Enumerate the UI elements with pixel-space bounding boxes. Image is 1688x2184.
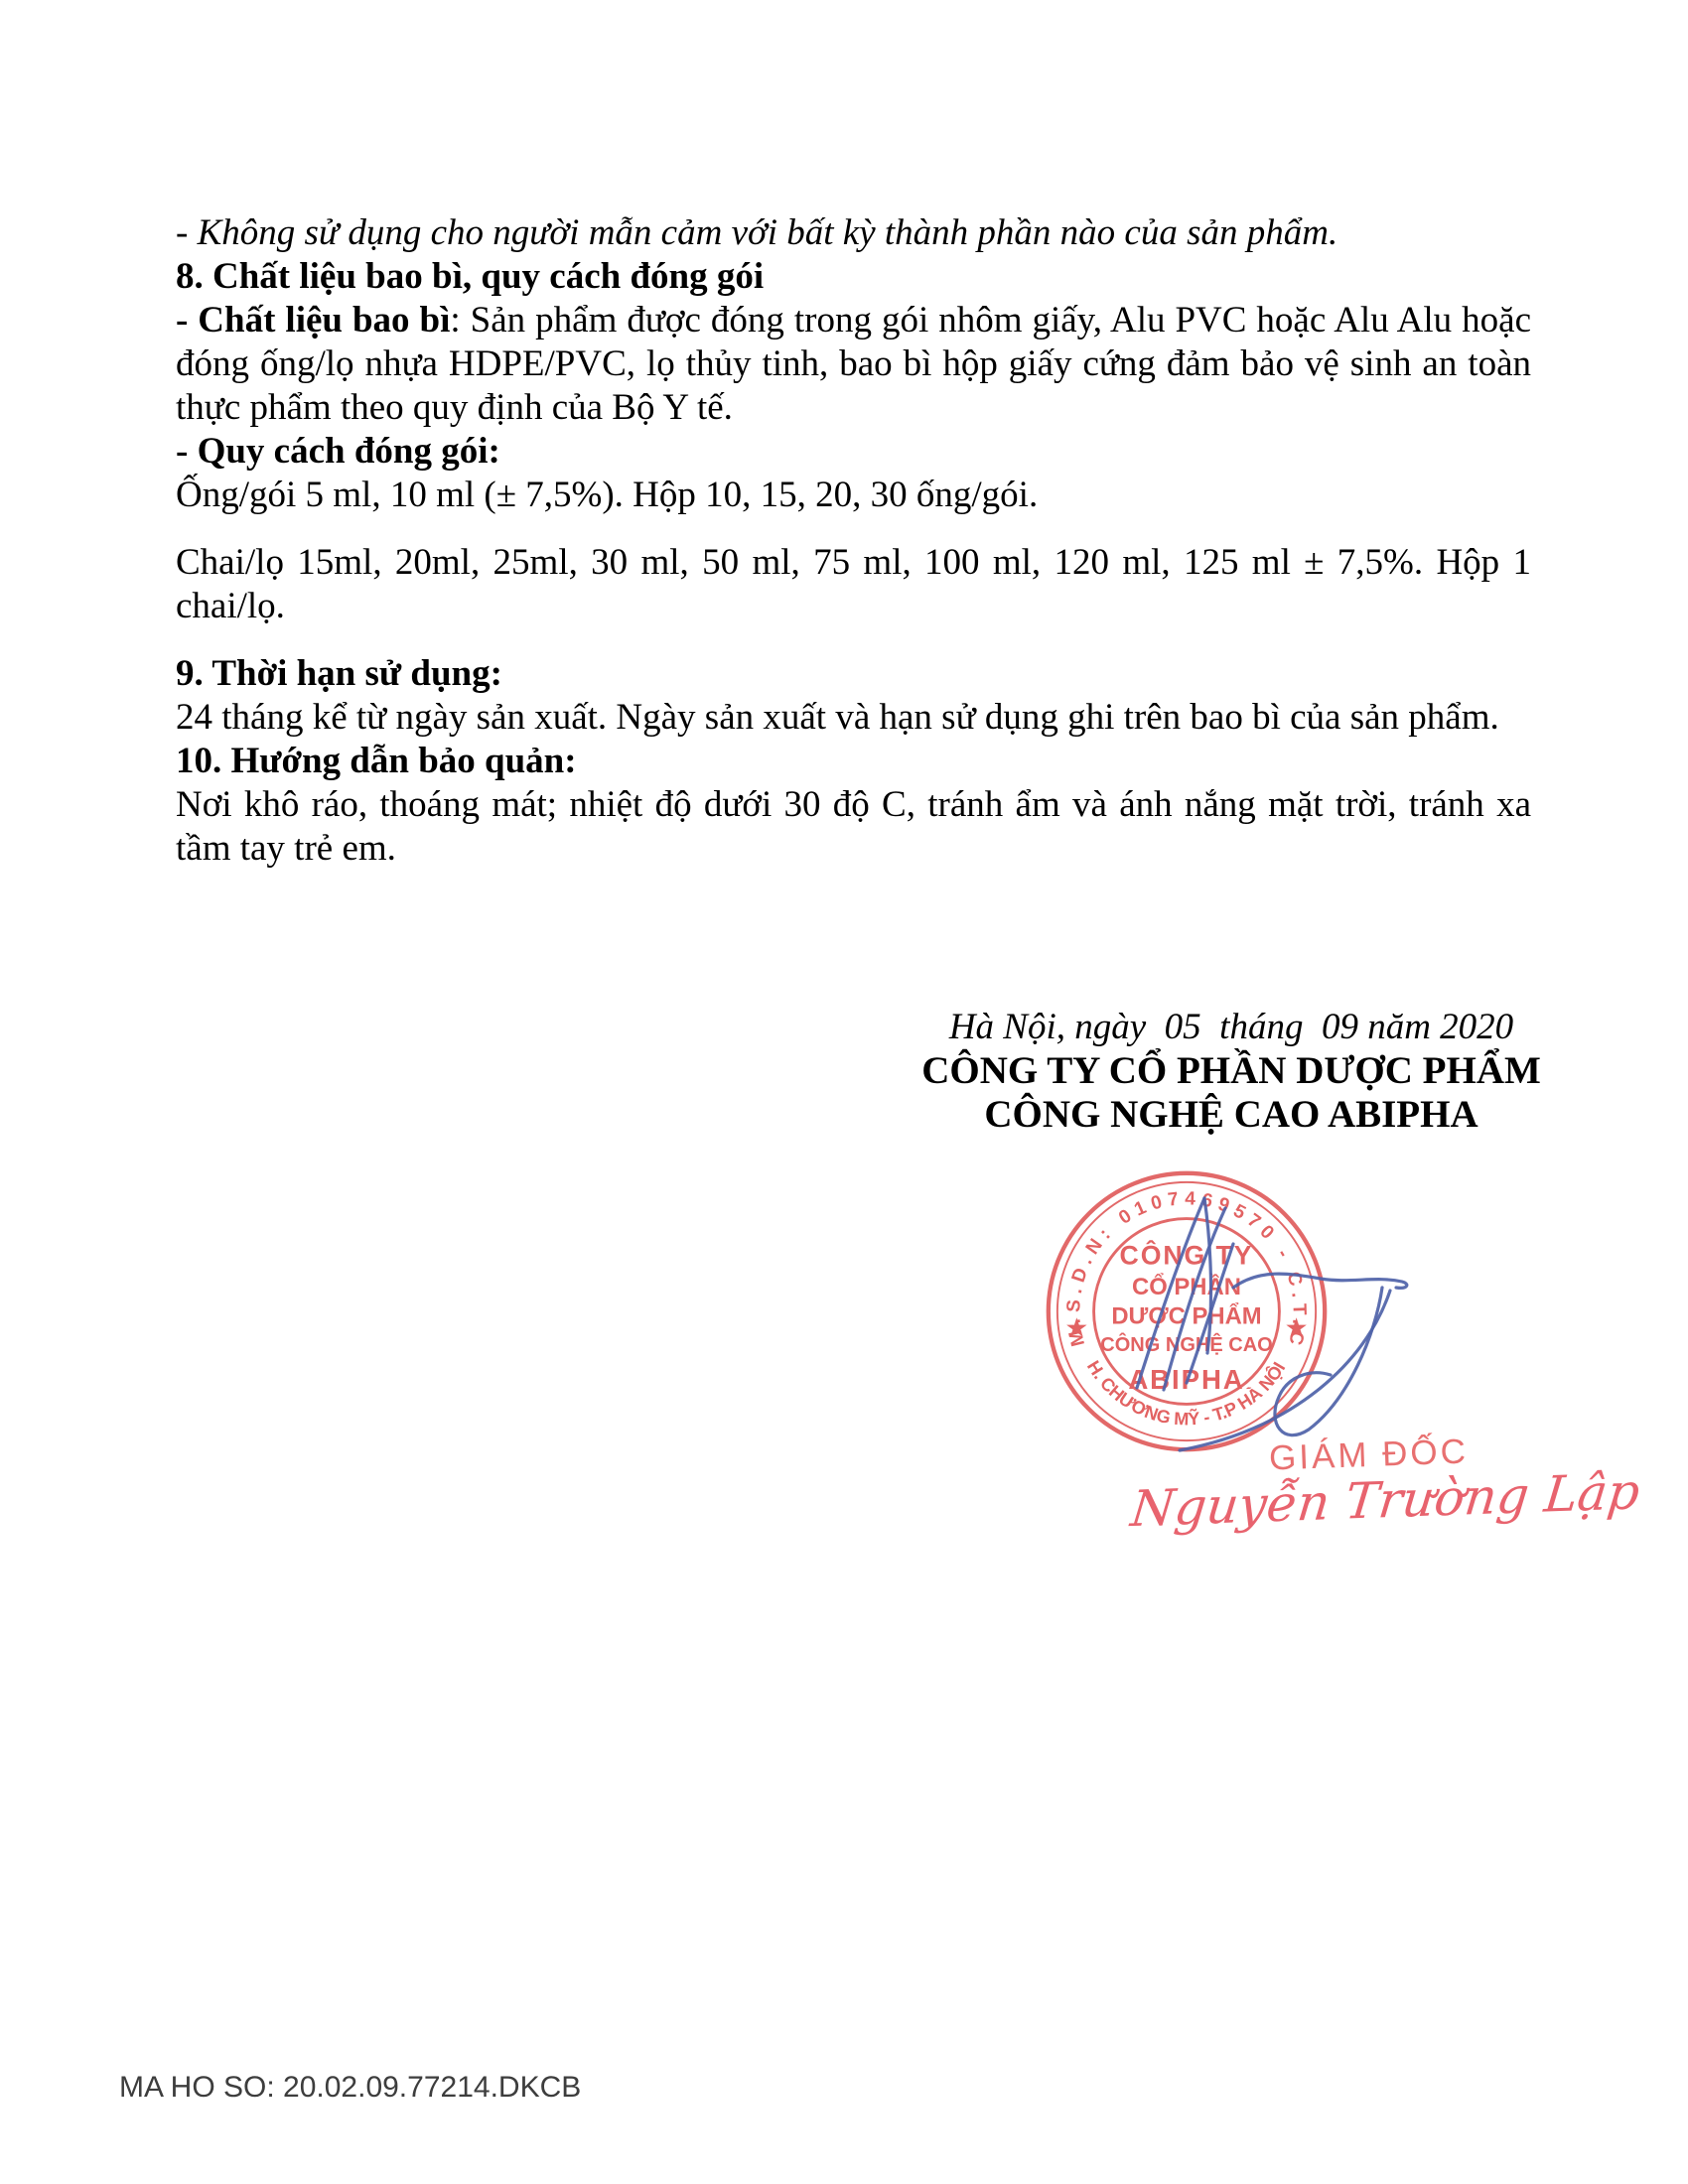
pack-spec-line-1: Ống/gói 5 ml, 10 ml (± 7,5%). Hộp 10, 15… [176,474,1531,517]
pack-spec-heading: - Quy cách đóng gói: [176,430,1531,474]
section-9-heading: 9. Thời hạn sử dụng: [176,652,1531,696]
company-name-line-2: CÔNG NGHỆ CAO ABIPHA [894,1093,1569,1137]
signer-name-signature: Nguyễn Trường Lập [1128,1466,1543,1538]
storage-paragraph: Nơi khô ráo, thoáng mát; nhiệt độ dưới 3… [176,783,1531,871]
packaging-material-paragraph: - Chất liệu bao bì: Sản phẩm được đóng t… [176,299,1531,430]
company-name-line-1: CÔNG TY CỔ PHẦN DƯỢC PHẨM [894,1049,1569,1093]
contraindication-note: - Không sử dụng cho người mẫn cảm với bấ… [176,211,1531,255]
signature-block: Hà Nội, ngày 05 tháng 09 năm 2020 CÔNG T… [894,1006,1569,1137]
packaging-material-label: - Chất liệu bao bì [176,300,450,341]
section-8-heading: 8. Chất liệu bao bì, quy cách đóng gói [176,255,1531,299]
seal-star-left-icon: ★ [1064,1313,1088,1343]
file-code-footer: MA HO SO: 20.02.09.77214.DKCB [119,2071,581,2105]
shelf-life-paragraph: 24 tháng kể từ ngày sản xuất. Ngày sản x… [176,696,1531,740]
blue-ink-signature [1122,1176,1430,1469]
date-line: Hà Nội, ngày 05 tháng 09 năm 2020 [894,1006,1569,1049]
signature-stroke [1233,1274,1407,1288]
document-page: { "body": { "note_italic": "- Không sử d… [0,0,1688,2184]
pack-spec-line-2: Chai/lọ 15ml, 20ml, 25ml, 30 ml, 50 ml, … [176,541,1531,628]
document-body: - Không sử dụng cho người mẫn cảm với bấ… [176,211,1531,871]
signature-stroke [1275,1288,1382,1435]
section-10-heading: 10. Hướng dẫn bảo quản: [176,740,1531,783]
